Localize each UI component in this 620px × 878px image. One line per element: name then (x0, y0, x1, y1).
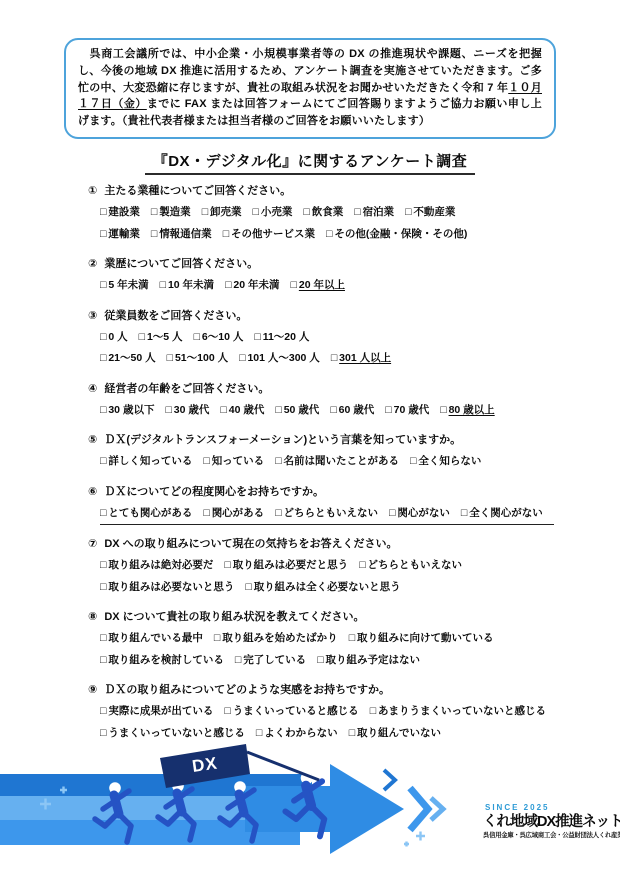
checkbox-icon[interactable]: □ (194, 327, 200, 349)
option-label: 製造業 (159, 206, 191, 218)
checkbox-icon[interactable]: □ (100, 577, 106, 599)
checkbox-icon[interactable]: □ (254, 327, 260, 349)
option-label: あまりうまくいっていないと感じる (378, 705, 546, 717)
checkbox-icon[interactable]: □ (225, 275, 231, 297)
question-block: ④経営者の年齢をご回答ください。□30 歳以下□30 歳代□40 歳代□50 歳… (88, 379, 594, 422)
question-block: ⑧DX について貴社の取り組み状況を教えてください。□取り組んでいる最中□取り組… (88, 607, 594, 671)
checkbox-icon[interactable]: □ (223, 224, 229, 246)
checkbox-icon[interactable]: □ (214, 628, 220, 650)
option-label: うまくいっていると感じる (233, 705, 359, 717)
checkbox-option[interactable]: □取り組みは必要ないと思う (100, 577, 234, 599)
option-label: 飲食業 (312, 206, 344, 218)
checkbox-option[interactable]: □40 歳代 (220, 400, 264, 422)
checkbox-icon[interactable]: □ (100, 628, 106, 650)
option-label: 取り組んでいる最中 (108, 632, 203, 644)
checkbox-option[interactable]: □5 年未満 (100, 275, 149, 297)
question-text: ⑨ＤＸの取り組みについてどのような実感をお持ちですか。 (88, 680, 594, 701)
option-label: 取り組みを検討している (108, 654, 224, 666)
option-line: □とても関心がある□関心がある□どちらともいえない□関心がない□全く関心がない (100, 503, 554, 526)
checkbox-option[interactable]: □どちらともいえない (275, 503, 378, 525)
option-label: 詳しく知っている (108, 455, 192, 467)
checkbox-option[interactable]: □卸売業 (202, 202, 242, 224)
checkbox-option[interactable]: □製造業 (151, 202, 191, 224)
question-label: 主たる業種についてご回答ください。 (104, 185, 291, 197)
checkbox-icon[interactable]: □ (389, 503, 395, 525)
option-label: うまくいっていないと感じる (108, 727, 245, 739)
checkbox-icon[interactable]: □ (235, 650, 241, 672)
option-label: 301 人以上 (339, 352, 391, 364)
option-label: 50 歳代 (284, 404, 320, 416)
option-label: 取り組みは必要だと思う (233, 559, 349, 571)
question-label: ＤＸ(デジタルトランスフォーメーション)という言葉を知っていますか。 (104, 434, 461, 446)
option-label: 取り組みは必要ないと思う (108, 581, 234, 593)
checkbox-option[interactable]: □取り組み予定はない (317, 650, 420, 672)
checkbox-icon[interactable]: □ (317, 650, 323, 672)
checkbox-icon[interactable]: □ (326, 224, 332, 246)
checkbox-option[interactable]: □完了している (235, 650, 306, 672)
checkbox-icon[interactable]: □ (275, 451, 281, 473)
checkbox-icon[interactable]: □ (239, 348, 245, 370)
checkbox-option[interactable]: □不動産業 (405, 202, 455, 224)
question-text: ⑦DX への取り組みについて現在の気持ちをお答えください。 (88, 534, 594, 555)
network-organizations: 呉信用金庫・呉広域商工会・公益財団法人くれ産業振興センター (483, 833, 615, 840)
question-block: ⑤ＤＸ(デジタルトランスフォーメーション)という言葉を知っていますか。□詳しく知… (88, 430, 594, 473)
checkbox-icon[interactable]: □ (100, 348, 106, 370)
checkbox-option[interactable]: □小売業 (253, 202, 293, 224)
checkbox-icon[interactable]: □ (100, 202, 106, 224)
option-label: 卸売業 (210, 206, 242, 218)
option-label: 51～100 人 (175, 352, 228, 364)
checkbox-option[interactable]: □取り組みは必要だと思う (224, 555, 348, 577)
checkbox-icon[interactable]: □ (202, 202, 208, 224)
question-number: ⑥ (88, 482, 97, 503)
question-block: ①主たる業種についてご回答ください。□建設業□製造業□卸売業□小売業□飲食業□宿… (88, 181, 594, 245)
checkbox-icon[interactable]: □ (100, 224, 106, 246)
checkbox-option[interactable]: □飲食業 (303, 202, 343, 224)
question-label: 従業員数をご回答ください。 (104, 310, 247, 322)
question-number: ⑧ (88, 607, 97, 628)
checkbox-icon[interactable]: □ (349, 628, 355, 650)
checkbox-icon[interactable]: □ (331, 348, 337, 370)
question-label: DX について貴社の取り組み状況を教えてください。 (104, 611, 364, 623)
question-text: ③従業員数をご回答ください。 (88, 306, 594, 327)
option-line: □5 年未満□10 年未満□20 年未満□20 年以上 (100, 275, 594, 297)
checkbox-icon[interactable]: □ (405, 202, 411, 224)
option-label: 実際に成果が出ている (108, 705, 213, 717)
checkbox-option[interactable]: □その他(金融・保険・その他) (326, 224, 467, 246)
checkbox-option[interactable]: □建設業 (100, 202, 140, 224)
checkbox-icon[interactable]: □ (151, 202, 157, 224)
option-label: とても関心がある (108, 507, 192, 519)
question-label: 経営者の年齢をご回答ください。 (104, 383, 269, 395)
checkbox-icon[interactable]: □ (370, 701, 376, 723)
network-name: くれ地域DX推進ネットワーク (483, 815, 615, 831)
network-logo: SINCE 2025 くれ地域DX推進ネットワーク 呉信用金庫・呉広域商工会・公… (483, 804, 615, 840)
option-label: 宿泊業 (363, 206, 395, 218)
checkbox-icon[interactable]: □ (151, 224, 157, 246)
checkbox-option[interactable]: □取り組みを始めたばかり (214, 628, 338, 650)
option-label: その他サービス業 (231, 228, 315, 240)
checkbox-option[interactable]: □関心がない (389, 503, 450, 525)
option-label: その他(金融・保険・その他) (334, 228, 467, 240)
checkbox-icon[interactable]: □ (100, 650, 106, 672)
title-row: 『DX・デジタル化』に関するアンケート調査 (0, 150, 620, 175)
checkbox-icon[interactable]: □ (385, 400, 391, 422)
question-label: 業歴についてご回答ください。 (104, 258, 258, 270)
option-line: □30 歳以下□30 歳代□40 歳代□50 歳代□60 歳代□70 歳代□80… (100, 400, 594, 422)
option-label: 関心がある (212, 507, 265, 519)
checkbox-option[interactable]: □どちらともいえない (359, 555, 462, 577)
checkbox-option[interactable]: □関心がある (203, 503, 264, 525)
checkbox-option[interactable]: □51～100 人 (167, 348, 228, 370)
checkbox-option[interactable]: □取り組みに向けて動いている (349, 628, 494, 650)
checkbox-option[interactable]: □30 歳以下 (100, 400, 154, 422)
checkbox-icon[interactable]: □ (275, 503, 281, 525)
checkbox-option[interactable]: □60 歳代 (330, 400, 374, 422)
checkbox-icon[interactable]: □ (160, 275, 166, 297)
survey-page: 呉商工会議所では、中小企業・小規模事業者等の DX の推進現状や課題、ニーズを把… (0, 0, 620, 878)
question-block: ②業歴についてご回答ください。□5 年未満□10 年未満□20 年未満□20 年… (88, 254, 594, 297)
option-label: 取り組みに向けて動いている (357, 632, 494, 644)
option-label: 関心がない (397, 507, 450, 519)
checkbox-option[interactable]: □知っている (203, 451, 264, 473)
option-label: 40 歳代 (229, 404, 265, 416)
questions: ①主たる業種についてご回答ください。□建設業□製造業□卸売業□小売業□飲食業□宿… (88, 181, 594, 753)
option-label: よくわからない (264, 727, 338, 739)
question-block: ⑨ＤＸの取り組みについてどのような実感をお持ちですか。□実際に成果が出ている□う… (88, 680, 594, 744)
question-text: ⑥ＤＸについてどの程度関心をお持ちですか。 (88, 482, 594, 503)
option-line: □建設業□製造業□卸売業□小売業□飲食業□宿泊業□不動産業 (100, 202, 594, 224)
checkbox-option[interactable]: □20 年未満 (225, 275, 279, 297)
option-label: 30 歳以下 (108, 404, 154, 416)
checkbox-option[interactable]: □その他サービス業 (223, 224, 315, 246)
checkbox-option[interactable]: □取り組みを検討している (100, 650, 224, 672)
checkbox-option[interactable]: □取り組みは全く必要ないと思う (245, 577, 400, 599)
option-label: 10 年未満 (168, 279, 214, 291)
option-label: 6～10 人 (202, 331, 243, 343)
checkbox-icon[interactable]: □ (100, 327, 106, 349)
checkbox-icon[interactable]: □ (303, 202, 309, 224)
checkbox-icon[interactable]: □ (100, 701, 106, 723)
checkbox-option[interactable]: □30 歳代 (165, 400, 209, 422)
checkbox-icon[interactable]: □ (461, 503, 467, 525)
checkbox-option[interactable]: □宿泊業 (354, 202, 394, 224)
option-line: □取り組んでいる最中□取り組みを始めたばかり□取り組みに向けて動いている (100, 628, 594, 650)
page-title: 『DX・デジタル化』に関するアンケート調査 (145, 150, 476, 175)
checkbox-icon[interactable]: □ (354, 202, 360, 224)
footer: DX SINCE 2025 くれ地域DX推進ネットワーク 呉信用金庫・呉広域商工… (0, 740, 620, 878)
option-label: 情報通信業 (159, 228, 212, 240)
checkbox-icon[interactable]: □ (291, 275, 297, 297)
checkbox-option[interactable]: □全く関心がない (461, 503, 543, 525)
option-label: 不動産業 (413, 206, 455, 218)
question-text: ⑧DX について貴社の取り組み状況を教えてください。 (88, 607, 594, 628)
question-block: ③従業員数をご回答ください。□0 人□1～5 人□6～10 人□11～20 人□… (88, 306, 594, 370)
checkbox-icon[interactable]: □ (167, 348, 173, 370)
question-number: ② (88, 254, 97, 275)
checkbox-icon[interactable]: □ (100, 400, 106, 422)
option-label: 80 歳以上 (449, 404, 495, 416)
option-label: 21～50 人 (108, 352, 155, 364)
checkbox-option[interactable]: □10 年未満 (160, 275, 214, 297)
checkbox-option[interactable]: □全く知らない (410, 451, 481, 473)
option-line: □0 人□1～5 人□6～10 人□11～20 人 (100, 327, 594, 349)
dx-flag-label: DX (191, 754, 219, 776)
option-label: 60 歳代 (339, 404, 375, 416)
question-number: ⑤ (88, 430, 97, 451)
option-label: どちらともいえない (368, 559, 463, 571)
checkbox-icon[interactable]: □ (410, 451, 416, 473)
checkbox-icon[interactable]: □ (275, 400, 281, 422)
option-label: 取り組んでいない (357, 727, 441, 739)
checkbox-option[interactable]: □80 歳以上 (440, 400, 494, 422)
option-label: 5 年未満 (108, 279, 148, 291)
checkbox-icon[interactable]: □ (203, 503, 209, 525)
checkbox-option[interactable]: □21～50 人 (100, 348, 156, 370)
question-block: ⑦DX への取り組みについて現在の気持ちをお答えください。□取り組みは絶対必要だ… (88, 534, 594, 598)
intro-text-pre: 呉商工会議所では、中小企業・小規模事業者等の DX の推進現状や課題、ニーズを把… (78, 48, 542, 94)
option-label: 知っている (212, 455, 265, 467)
option-label: 取り組みは全く必要ないと思う (254, 581, 401, 593)
checkbox-option[interactable]: □取り組みは絶対必要だ (100, 555, 213, 577)
option-label: 20 年以上 (299, 279, 345, 291)
checkbox-icon[interactable]: □ (139, 327, 145, 349)
option-label: 取り組み予定はない (326, 654, 421, 666)
checkbox-option[interactable]: □詳しく知っている (100, 451, 192, 473)
option-line: □詳しく知っている□知っている□名前は聞いたことがある□全く知らない (100, 451, 594, 473)
checkbox-option[interactable]: □101 人～300 人 (239, 348, 320, 370)
checkbox-icon[interactable]: □ (220, 400, 226, 422)
option-label: 小売業 (261, 206, 293, 218)
checkbox-option[interactable]: □情報通信業 (151, 224, 212, 246)
option-label: 取り組みを始めたばかり (222, 632, 338, 644)
option-label: 運輸業 (108, 228, 140, 240)
checkbox-option[interactable]: □301 人以上 (331, 348, 391, 370)
checkbox-option[interactable]: □11～20 人 (254, 327, 309, 349)
checkbox-icon[interactable]: □ (100, 503, 106, 525)
option-label: 20 年未満 (233, 279, 279, 291)
question-number: ⑨ (88, 680, 97, 701)
option-label: 全く関心がない (469, 507, 543, 519)
option-line: □取り組みは必要ないと思う□取り組みは全く必要ないと思う (100, 577, 594, 599)
option-label: 全く知らない (418, 455, 481, 467)
checkbox-icon[interactable]: □ (245, 577, 251, 599)
option-label: 70 歳代 (394, 404, 430, 416)
checkbox-option[interactable]: □1～5 人 (139, 327, 183, 349)
question-number: ④ (88, 379, 97, 400)
option-label: どちらともいえない (284, 507, 379, 519)
checkbox-option[interactable]: □あまりうまくいっていないと感じる (370, 701, 546, 723)
option-label: 1～5 人 (147, 331, 183, 343)
checkbox-option[interactable]: □50 歳代 (275, 400, 319, 422)
checkbox-option[interactable]: □20 年以上 (291, 275, 345, 297)
checkbox-option[interactable]: □名前は聞いたことがある (275, 451, 399, 473)
option-line: □21～50 人□51～100 人□101 人～300 人□301 人以上 (100, 348, 594, 370)
option-label: 11～20 人 (263, 331, 310, 343)
option-label: 0 人 (108, 331, 127, 343)
checkbox-icon[interactable]: □ (330, 400, 336, 422)
question-number: ① (88, 181, 97, 202)
question-label: ＤＸの取り組みについてどのような実感をお持ちですか。 (104, 684, 390, 696)
checkbox-option[interactable]: □うまくいっていると感じる (224, 701, 358, 723)
option-label: 30 歳代 (174, 404, 210, 416)
checkbox-icon[interactable]: □ (100, 275, 106, 297)
checkbox-icon[interactable]: □ (440, 400, 446, 422)
intro-text-post: までに FAX または回答フォームにてご回答賜りますようご協力お願い申し上げます… (78, 98, 542, 127)
checkbox-option[interactable]: □6～10 人 (194, 327, 244, 349)
option-line: □取り組みは絶対必要だ□取り組みは必要だと思う□どちらともいえない (100, 555, 594, 577)
question-number: ⑦ (88, 534, 97, 555)
checkbox-option[interactable]: □取り組んでいる最中 (100, 628, 203, 650)
checkbox-icon[interactable]: □ (100, 451, 106, 473)
question-number: ③ (88, 306, 97, 327)
intro-box: 呉商工会議所では、中小企業・小規模事業者等の DX の推進現状や課題、ニーズを把… (64, 38, 556, 139)
runners-arrow-art: DX (0, 740, 470, 878)
since-label: SINCE 2025 (485, 804, 615, 813)
checkbox-icon[interactable]: □ (100, 555, 106, 577)
checkbox-option[interactable]: □実際に成果が出ている (100, 701, 213, 723)
option-label: 名前は聞いたことがある (284, 455, 400, 467)
option-line: □取り組みを検討している□完了している□取り組み予定はない (100, 650, 594, 672)
checkbox-icon[interactable]: □ (165, 400, 171, 422)
question-text: ④経営者の年齢をご回答ください。 (88, 379, 594, 400)
checkbox-icon[interactable]: □ (224, 701, 230, 723)
option-line: □運輸業□情報通信業□その他サービス業□その他(金融・保険・その他) (100, 224, 594, 246)
checkbox-option[interactable]: □運輸業 (100, 224, 140, 246)
question-label: ＤＸについてどの程度関心をお持ちですか。 (104, 486, 324, 498)
checkbox-icon[interactable]: □ (359, 555, 365, 577)
checkbox-icon[interactable]: □ (253, 202, 259, 224)
checkbox-icon[interactable]: □ (203, 451, 209, 473)
option-label: 101 人～300 人 (247, 352, 319, 364)
checkbox-icon[interactable]: □ (224, 555, 230, 577)
checkbox-option[interactable]: □とても関心がある (100, 503, 192, 525)
option-line: □実際に成果が出ている□うまくいっていると感じる□あまりうまくいっていないと感じ… (100, 701, 594, 723)
question-text: ①主たる業種についてご回答ください。 (88, 181, 594, 202)
checkbox-option[interactable]: □0 人 (100, 327, 128, 349)
question-block: ⑥ＤＸについてどの程度関心をお持ちですか。□とても関心がある□関心がある□どちら… (88, 482, 594, 526)
question-text: ②業歴についてご回答ください。 (88, 254, 594, 275)
option-label: 取り組みは絶対必要だ (108, 559, 213, 571)
option-label: 建設業 (108, 206, 140, 218)
question-label: DX への取り組みについて現在の気持ちをお答えください。 (104, 538, 397, 550)
question-text: ⑤ＤＸ(デジタルトランスフォーメーション)という言葉を知っていますか。 (88, 430, 594, 451)
checkbox-option[interactable]: □70 歳代 (385, 400, 429, 422)
option-label: 完了している (243, 654, 306, 666)
